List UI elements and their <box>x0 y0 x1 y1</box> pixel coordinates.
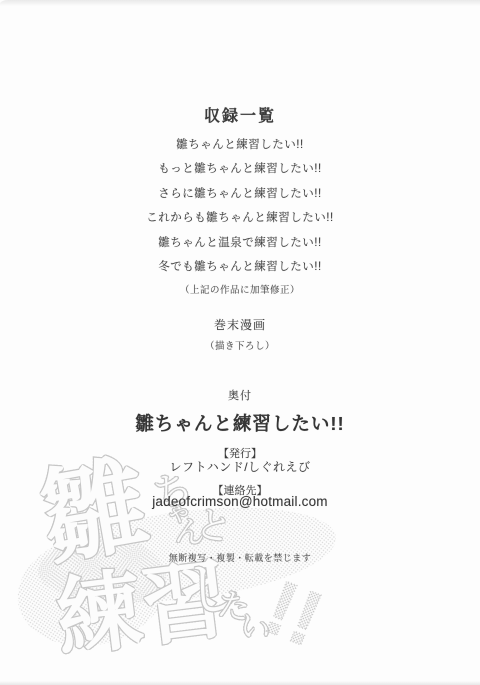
watermark-char-to: と <box>192 502 236 550</box>
scan-bottom-edge <box>0 681 480 685</box>
toc-item-3: さらに雛ちゃんと練習したい!! <box>0 185 480 201</box>
scanned-colophon-page: 雛 ち ゃ ん と 練習 し た い !! 収録一覧 雛ちゃんと練習したい!! … <box>0 0 480 685</box>
toc-item-1: 雛ちゃんと練習したい!! <box>0 136 480 152</box>
watermark-char-ta: た <box>215 586 253 627</box>
scan-top-edge <box>0 0 480 6</box>
book-title: 雛ちゃんと練習したい!! <box>0 410 480 436</box>
watermark-char-n: ん <box>174 515 206 550</box>
toc-item-4: これからも雛ちゃんと練習したい!! <box>0 209 480 225</box>
extra-manga-heading: 巻末漫画 <box>0 316 480 333</box>
watermark-cloud <box>12 493 341 659</box>
toc-revision-note: （上記の作品に加筆修正） <box>0 282 480 296</box>
copyright-notice: 無断複写・複製・転載を禁じます <box>0 551 480 564</box>
watermark-exclamation: !! <box>253 562 334 663</box>
watermark-char-i: い <box>235 606 276 649</box>
toc-item-6: 冬でも雛ちゃんと練習したい!! <box>0 258 480 274</box>
contact-email: jadeofcrimson@hotmail.com <box>0 494 480 509</box>
extra-manga-note: （描き下ろし） <box>0 338 480 352</box>
watermark-char-shi: し <box>181 554 245 625</box>
colophon-heading: 奥付 <box>0 387 480 403</box>
publisher-name: レフトハンド/しぐれえび <box>0 458 480 475</box>
toc-heading: 収録一覧 <box>0 103 480 126</box>
toc-item-2: もっと雛ちゃんと練習したい!! <box>0 160 480 176</box>
toc-item-5: 雛ちゃんと温泉で練習したい!! <box>0 234 480 250</box>
watermark-word-renshuu: 練習 <box>51 551 233 667</box>
